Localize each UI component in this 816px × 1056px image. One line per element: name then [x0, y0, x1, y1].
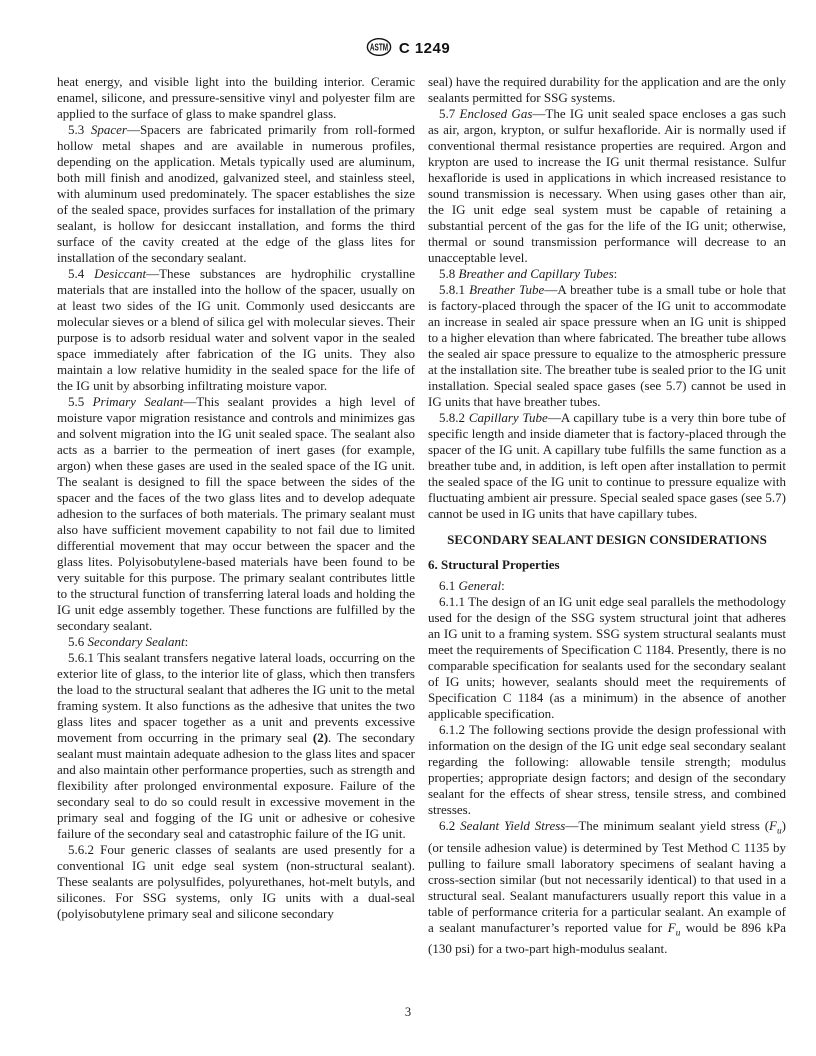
- para-spandrel-continuation: heat energy, and visible light into the …: [57, 74, 415, 122]
- para-6-1-general: 6.1 General:: [428, 578, 786, 594]
- document-number: C 1249: [399, 41, 450, 57]
- para-5-6-2: 5.6.2 Four generic classes of sealants a…: [57, 842, 415, 922]
- para-5-3-spacer: 5.3 Spacer—Spacers are fabricated primar…: [57, 122, 415, 266]
- para-5-6-2-continuation: seal) have the required durability for t…: [428, 74, 786, 106]
- para-5-5-primary-sealant: 5.5 Primary Sealant—This sealant provide…: [57, 394, 415, 634]
- para-5-6-secondary-sealant: 5.6 Secondary Sealant:: [57, 634, 415, 650]
- document-page: ASTM C 1249 heat energy, and visible lig…: [0, 0, 816, 1056]
- para-6-1-1: 6.1.1 The design of an IG unit edge seal…: [428, 594, 786, 722]
- heading-6-structural-properties: 6. Structural Properties: [428, 557, 786, 573]
- svg-text:ASTM: ASTM: [370, 42, 388, 53]
- astm-logo-icon: ASTM: [366, 37, 392, 61]
- para-5-8-1-breather-tube: 5.8.1 Breather Tube—A breather tube is a…: [428, 282, 786, 410]
- para-5-4-desiccant: 5.4 Desiccant—These substances are hydro…: [57, 266, 415, 394]
- left-column: heat energy, and visible light into the …: [57, 74, 415, 957]
- para-5-6-1: 5.6.1 This sealant transfers negative la…: [57, 650, 415, 842]
- para-5-8-2-capillary-tube: 5.8.2 Capillary Tube—A capillary tube is…: [428, 410, 786, 522]
- para-5-8-breather-capillary: 5.8 Breather and Capillary Tubes:: [428, 266, 786, 282]
- right-column: seal) have the required durability for t…: [428, 74, 786, 957]
- page-number: 3: [0, 1004, 816, 1020]
- page-header: ASTM C 1249: [0, 0, 816, 60]
- two-column-body: heat energy, and visible light into the …: [0, 60, 816, 957]
- para-5-7-enclosed-gas: 5.7 Enclosed Gas—The IG unit sealed spac…: [428, 106, 786, 266]
- para-6-2-sealant-yield-stress: 6.2 Sealant Yield Stress—The minimum sea…: [428, 818, 786, 957]
- para-6-1-2: 6.1.2 The following sections provide the…: [428, 722, 786, 818]
- heading-secondary-sealant-design: SECONDARY SEALANT DESIGN CONSIDERATIONS: [428, 532, 786, 548]
